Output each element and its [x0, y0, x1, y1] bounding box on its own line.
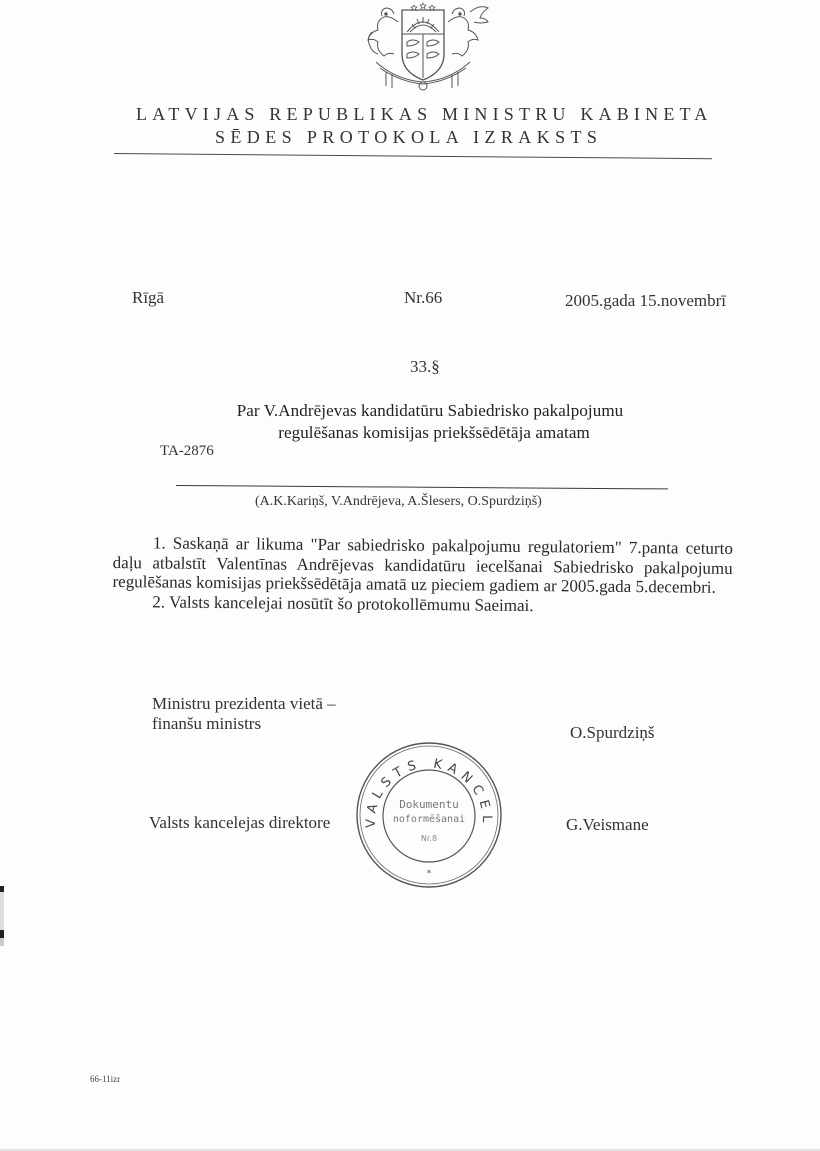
stamp-center-text: noformēšanai [393, 813, 465, 825]
signatory-name: G.Veismane [566, 815, 649, 835]
scan-edge-artifact [0, 886, 4, 946]
signatory-name: O.Spurdziņš [570, 723, 655, 743]
protocol-number: Nr.66 [404, 288, 442, 308]
signatory-role-line: Valsts kancelejas direktore [149, 813, 330, 833]
document-date: 2005.gada 15.novembrī [565, 291, 726, 311]
stamp-number: Nr.8 [421, 834, 437, 843]
section-number: 33.§ [410, 357, 440, 377]
participants-list: (A.K.Kariņš, V.Andrējeva, A.Šlesers, O.S… [255, 494, 542, 510]
latvia-coat-of-arms-icon [352, 2, 492, 94]
document-place: Rīgā [132, 288, 164, 308]
participants-divider [176, 485, 668, 489]
document-header-type: SĒDES PROTOKOLA IZRAKSTS [215, 127, 602, 148]
footer-document-code: 66-11izr [90, 1074, 120, 1084]
section-title-line: regulēšanas komisijas priekšsēdētāja ama… [150, 422, 710, 444]
signatory-role-line: Ministru prezidenta vietā – [152, 694, 336, 714]
document-code: TA-2876 [160, 443, 214, 460]
signatory-role-line: finanšu ministrs [152, 714, 336, 734]
section-title: Par V.Andrējevas kandidatūru Sabiedrisko… [150, 400, 710, 444]
resolution-body: 1. Saskaņā ar likuma "Par sabiedrisko pa… [112, 533, 733, 617]
signatory-role: Valsts kancelejas direktore [149, 813, 330, 833]
document-page: LATVIJAS REPUBLIKAS MINISTRU KABINETA SĒ… [0, 0, 820, 1151]
section-title-line: Par V.Andrējevas kandidatūru Sabiedrisko… [150, 400, 710, 422]
stamp-center-text: Dokumentu [399, 798, 459, 811]
document-header-institution: LATVIJAS REPUBLIKAS MINISTRU KABINETA [136, 104, 712, 125]
stamp-star: * [427, 869, 432, 879]
official-stamp-icon: VALSTS KANCELEJA Dokumentu noformēšanai … [354, 740, 504, 890]
signatory-role: Ministru prezidenta vietā – finanšu mini… [152, 694, 336, 734]
resolution-paragraph: 1. Saskaņā ar likuma "Par sabiedrisko pa… [112, 533, 733, 598]
header-divider [114, 153, 712, 159]
